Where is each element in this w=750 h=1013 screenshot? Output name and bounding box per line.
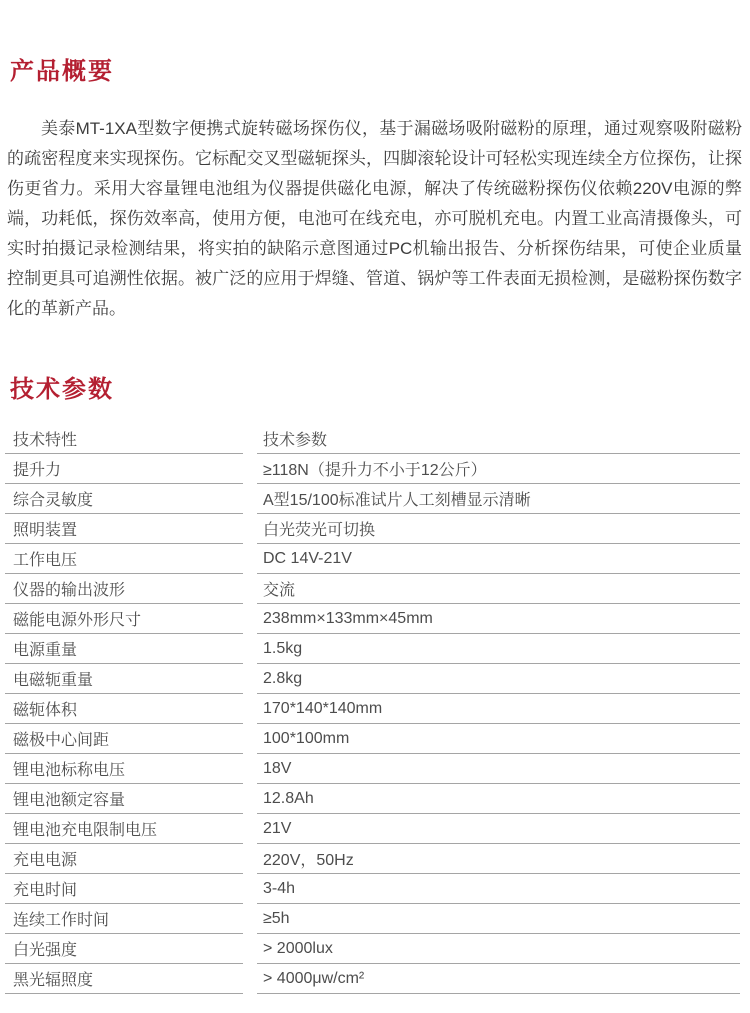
product-detail-page: 产品概要 美泰MT-1XA型数字便携式旋转磁场探伤仪，基于漏磁场吸附磁粉的原理，… [0,0,750,994]
spec-feature-label: 电源重量 [5,634,243,664]
spec-feature-label: 黑光辐照度 [5,964,243,994]
spec-row: 锂电池额定容量12.8Ah [5,784,740,814]
spec-row: 电磁轭重量2.8kg [5,664,740,694]
spec-feature-label: 锂电池充电限制电压 [5,814,243,844]
spec-row: 锂电池标称电压18V [5,754,740,784]
spec-row: 锂电池充电限制电压21V [5,814,740,844]
spec-row: 综合灵敏度A型15/100标准试片人工刻槽显示清晰 [5,484,740,514]
spec-parameter-value: 170*140*140mm [257,694,740,724]
spec-header-row: 技术特性 技术参数 [5,424,740,454]
spec-feature-label: 锂电池额定容量 [5,784,243,814]
spec-feature-label: 充电时间 [5,874,243,904]
spec-row: 充电电源220V，50Hz [5,844,740,874]
section-title-product-overview: 产品概要 [10,58,750,86]
spec-feature-label: 电磁轭重量 [5,664,243,694]
spec-parameter-value: 220V，50Hz [257,844,740,874]
spec-feature-label: 提升力 [5,454,243,484]
spec-parameter-value: 18V [257,754,740,784]
spec-row: 仪器的输出波形交流 [5,574,740,604]
spec-parameter-value: 12.8Ah [257,784,740,814]
spec-feature-label: 锂电池标称电压 [5,754,243,784]
spec-parameter-value: A型15/100标准试片人工刻槽显示清晰 [257,484,740,514]
spec-header-parameter: 技术参数 [257,424,740,454]
spec-parameter-value: 3-4h [257,874,740,904]
spec-feature-label: 白光强度 [5,934,243,964]
spec-feature-label: 充电电源 [5,844,243,874]
spec-row: 磁极中心间距100*100mm [5,724,740,754]
spec-parameter-value: 1.5kg [257,634,740,664]
spec-row: 工作电压DC 14V-21V [5,544,740,574]
spec-row: 磁能电源外形尺寸238mm×133mm×45mm [5,604,740,634]
spec-row: 磁轭体积170*140*140mm [5,694,740,724]
spec-parameter-value: > 4000μw/cm² [257,964,740,994]
spec-parameter-value: 100*100mm [257,724,740,754]
spec-parameter-value: 21V [257,814,740,844]
spec-row: 提升力≥118N（提升力不小于12公斤） [5,454,740,484]
section-title-technical-specs: 技术参数 [10,376,750,404]
spec-row: 白光强度> 2000lux [5,934,740,964]
spec-feature-label: 仪器的输出波形 [5,574,243,604]
spec-parameter-value: 238mm×133mm×45mm [257,604,740,634]
spec-parameter-value: ≥5h [257,904,740,934]
spec-feature-label: 连续工作时间 [5,904,243,934]
spec-parameter-value: ≥118N（提升力不小于12公斤） [257,454,740,484]
spec-feature-label: 磁极中心间距 [5,724,243,754]
spec-parameter-value: > 2000lux [257,934,740,964]
spec-row: 电源重量1.5kg [5,634,740,664]
spec-row: 连续工作时间≥5h [5,904,740,934]
spec-feature-label: 工作电压 [5,544,243,574]
spec-row: 照明装置白光荧光可切换 [5,514,740,544]
spec-row: 黑光辐照度> 4000μw/cm² [5,964,740,994]
spec-feature-label: 综合灵敏度 [5,484,243,514]
spec-header-feature: 技术特性 [5,424,243,454]
spec-row: 充电时间3-4h [5,874,740,904]
spec-parameter-value: DC 14V-21V [257,544,740,574]
spec-feature-label: 磁能电源外形尺寸 [5,604,243,634]
spec-parameter-value: 交流 [257,574,740,604]
spec-feature-label: 磁轭体积 [5,694,243,724]
product-overview-paragraph: 美泰MT-1XA型数字便携式旋转磁场探伤仪，基于漏磁场吸附磁粉的原理，通过观察吸… [7,114,742,324]
spec-table: 技术特性 技术参数 提升力≥118N（提升力不小于12公斤）综合灵敏度A型15/… [5,424,740,994]
spec-parameter-value: 白光荧光可切换 [257,514,740,544]
spec-rows-container: 提升力≥118N（提升力不小于12公斤）综合灵敏度A型15/100标准试片人工刻… [5,454,740,994]
spec-parameter-value: 2.8kg [257,664,740,694]
spec-feature-label: 照明装置 [5,514,243,544]
